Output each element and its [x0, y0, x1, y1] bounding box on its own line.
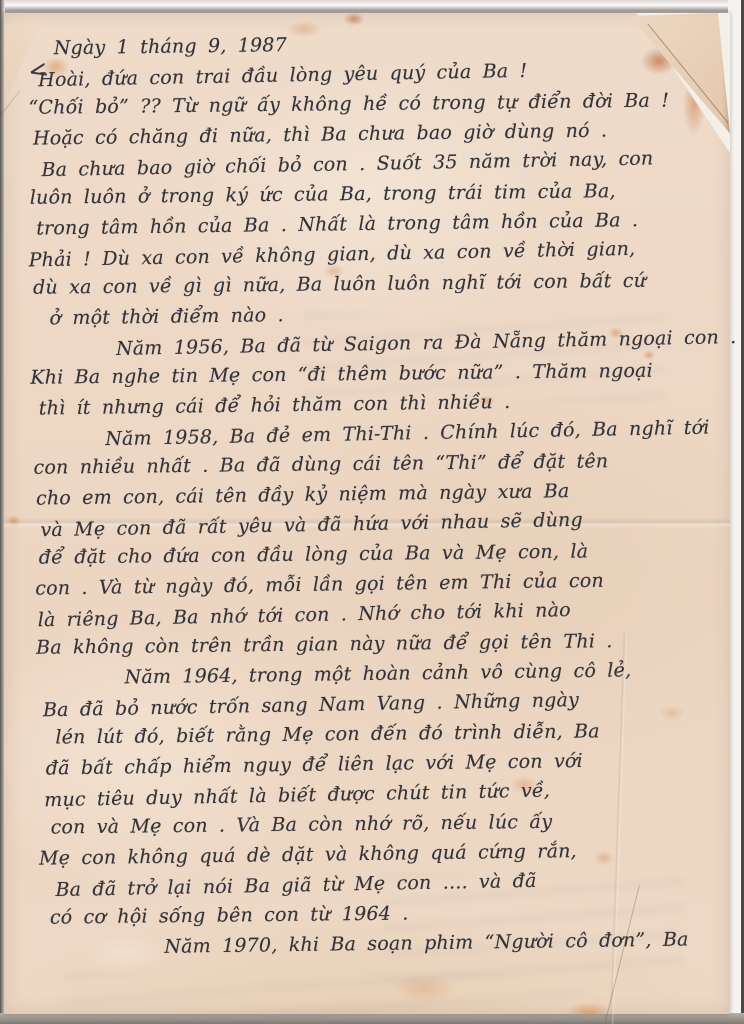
- scanner-edge-right: [728, 0, 744, 1024]
- scanner-edge-bottom: [0, 1013, 744, 1024]
- letter-paper: < Ngày 1 tháng 9, 1987 Hoài, đứa con tra…: [4, 13, 730, 1014]
- scanned-letter-page: < Ngày 1 tháng 9, 1987 Hoài, đứa con tra…: [0, 0, 744, 1024]
- diagonal-crease-top-left: [0, 90, 20, 146]
- letter-body: < Ngày 1 tháng 9, 1987 Hoài, đứa con tra…: [24, 24, 705, 963]
